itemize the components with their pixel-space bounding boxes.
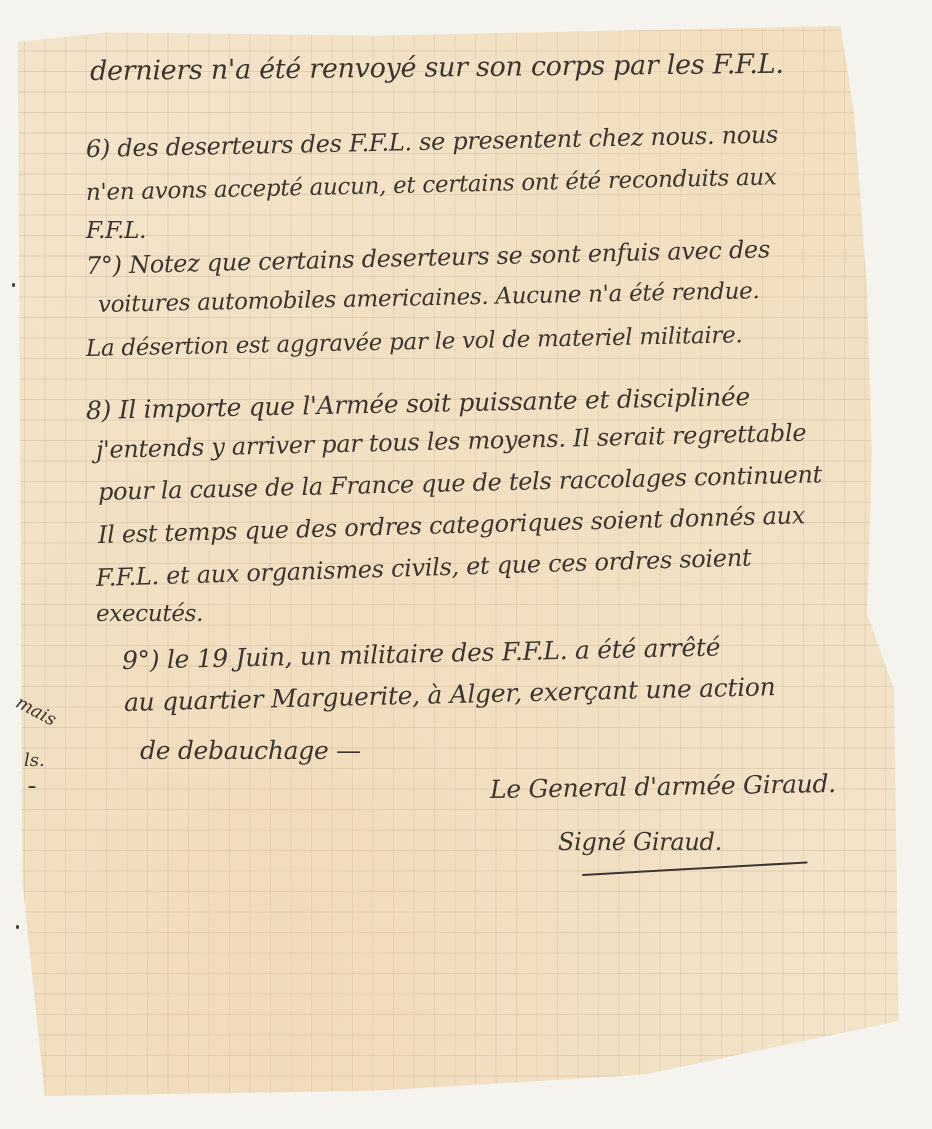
- text-line-13: executés.: [96, 603, 203, 626]
- ink-speck: [16, 925, 19, 929]
- text-line-4: F.F.L.: [86, 220, 146, 243]
- text-line-1: derniers n'a été renvoyé sur son corps p…: [90, 51, 784, 85]
- text-line-16: de debauchage —: [140, 738, 361, 763]
- ink-speck: [28, 786, 36, 788]
- ink-speck: [12, 283, 15, 287]
- margin-note-2: ls.: [24, 750, 45, 771]
- closing-signature: Signé Giraud.: [558, 830, 722, 854]
- closing-title: Le General d'armée Giraud.: [490, 771, 836, 802]
